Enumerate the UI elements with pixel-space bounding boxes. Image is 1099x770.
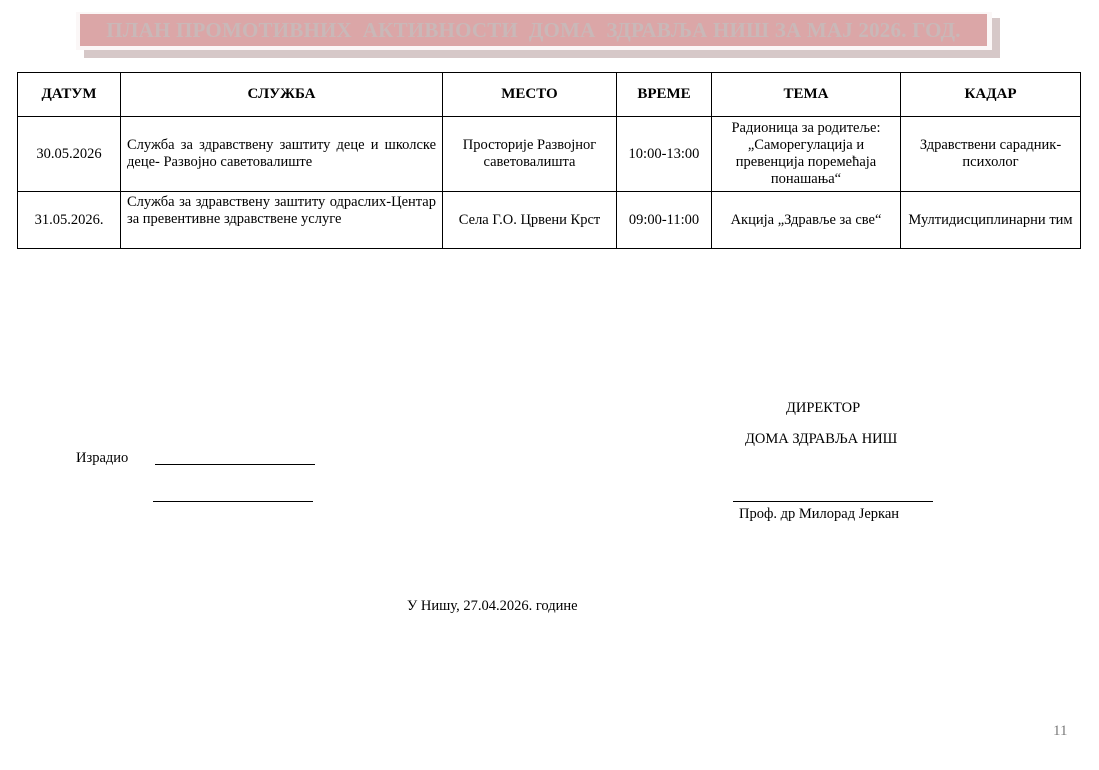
- column-header-staff: КАДАР: [901, 73, 1081, 117]
- table-row: 31.05.2026. Служба за здравствену заштит…: [18, 192, 1081, 249]
- cell-place: Просторије Развојног саветовалишта: [443, 117, 617, 192]
- cell-staff: Мултидисциплинарни тим: [901, 192, 1081, 249]
- page-number: 11: [1053, 723, 1067, 740]
- prepared-by-label: Израдио: [76, 450, 128, 467]
- institution-name: ДОМА ЗДРАВЉА НИШ: [745, 431, 897, 448]
- director-name: Проф. др Милорад Јеркан: [739, 506, 899, 523]
- column-header-place: МЕСТО: [443, 73, 617, 117]
- table-header-row: ДАТУМ СЛУЖБА МЕСТО ВРЕМЕ ТЕМА КАДАР: [18, 73, 1081, 117]
- cell-service: Служба за здравствену заштиту деце и шко…: [121, 117, 443, 192]
- cell-date: 31.05.2026.: [18, 192, 121, 249]
- cell-place: Села Г.О. Црвени Крст: [443, 192, 617, 249]
- cell-time: 09:00-11:00: [617, 192, 712, 249]
- prepared-by-signature-line-2: [153, 501, 313, 502]
- cell-topic: Акција „Здравље за све“: [712, 192, 901, 249]
- place-date: У Нишу, 27.04.2026. године: [407, 598, 578, 615]
- prepared-by-signature-line-1: [155, 464, 315, 465]
- column-header-service: СЛУЖБА: [121, 73, 443, 117]
- cell-time: 10:00-13:00: [617, 117, 712, 192]
- cell-date: 30.05.2026: [18, 117, 121, 192]
- cell-staff: Здравствени сарадник-психолог: [901, 117, 1081, 192]
- title-banner: ПЛАН ПРОМОТИВНИХ АКТИВНОСТИ ДОМА ЗДРАВЉА…: [80, 14, 987, 46]
- column-header-time: ВРЕМЕ: [617, 73, 712, 117]
- director-signature-line: [733, 501, 933, 502]
- director-title: ДИРЕКТОР: [786, 400, 860, 417]
- column-header-date: ДАТУМ: [18, 73, 121, 117]
- cell-service: Служба за здравствену заштиту одраслих-Ц…: [121, 192, 443, 249]
- table-row: 30.05.2026 Служба за здравствену заштиту…: [18, 117, 1081, 192]
- activities-table: ДАТУМ СЛУЖБА МЕСТО ВРЕМЕ ТЕМА КАДАР 30.0…: [17, 72, 1081, 249]
- column-header-topic: ТЕМА: [712, 73, 901, 117]
- cell-topic: Радионица за родитеље: „Саморегулација и…: [712, 117, 901, 192]
- page-title: ПЛАН ПРОМОТИВНИХ АКТИВНОСТИ ДОМА ЗДРАВЉА…: [106, 18, 960, 43]
